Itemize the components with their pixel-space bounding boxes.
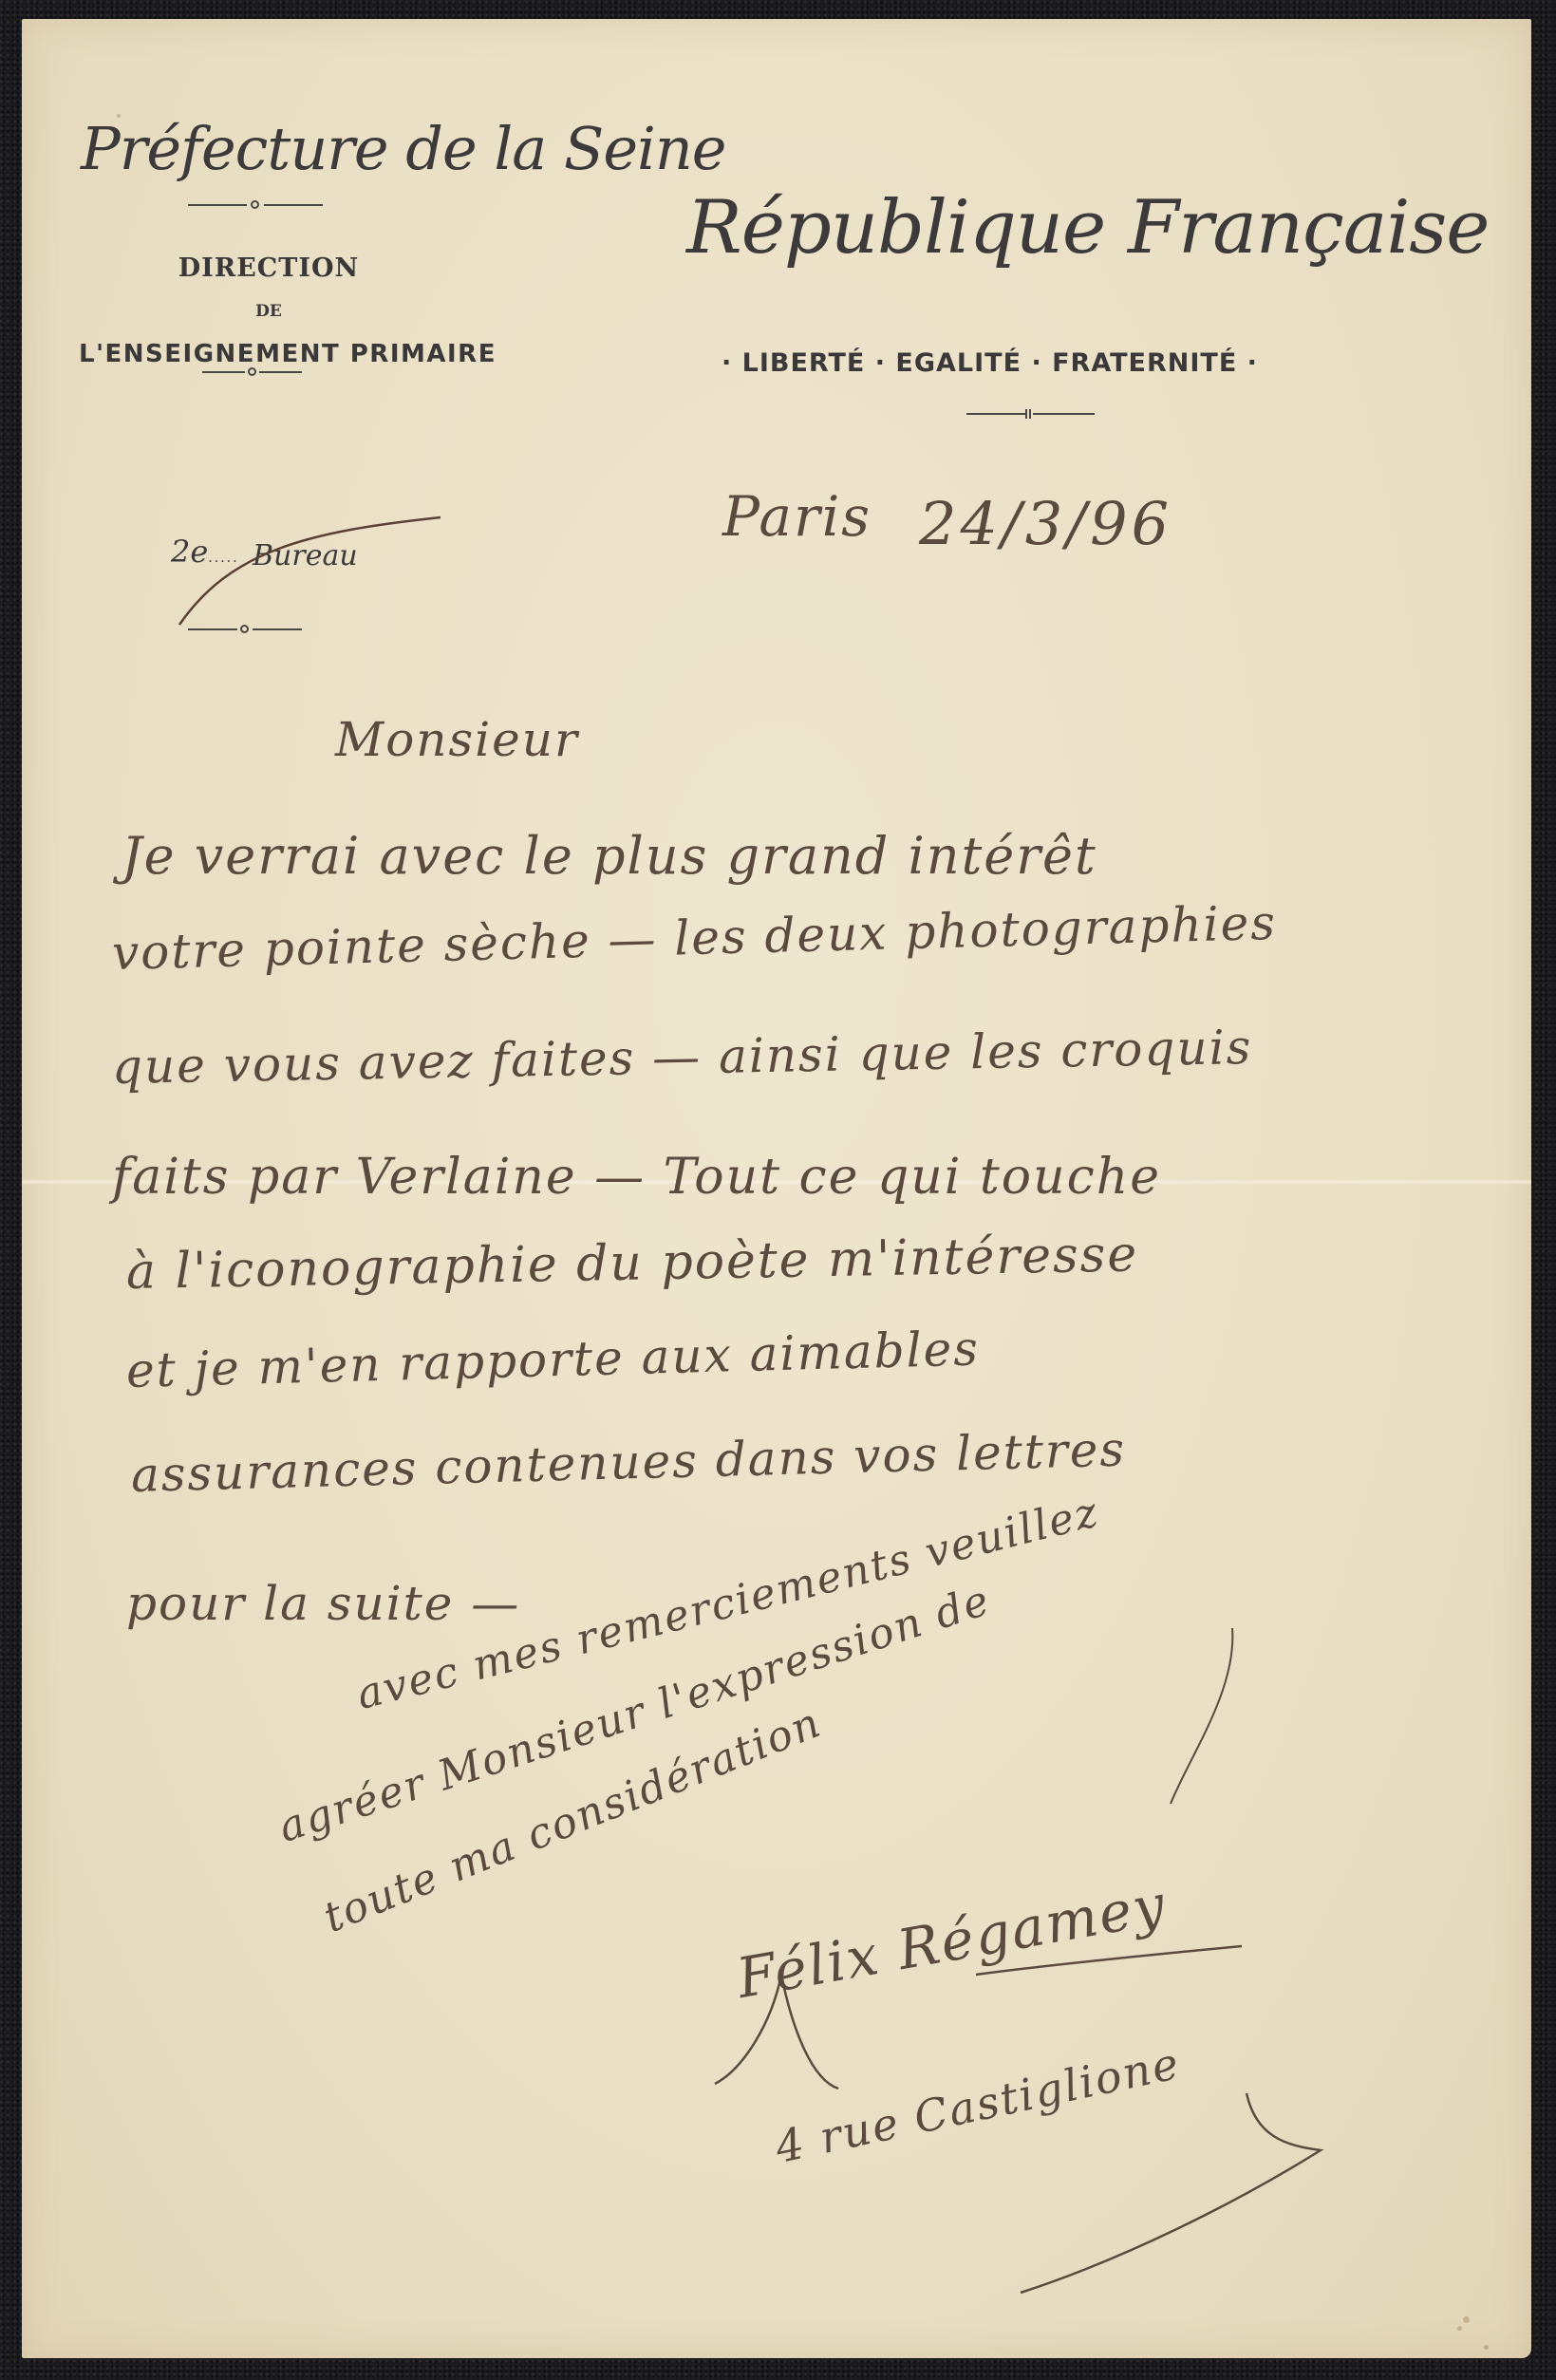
handwriting-flourishes — [22, 19, 1531, 2358]
letter-sheet: Préfecture de la Seine DIRECTION DE L'EN… — [22, 19, 1531, 2358]
